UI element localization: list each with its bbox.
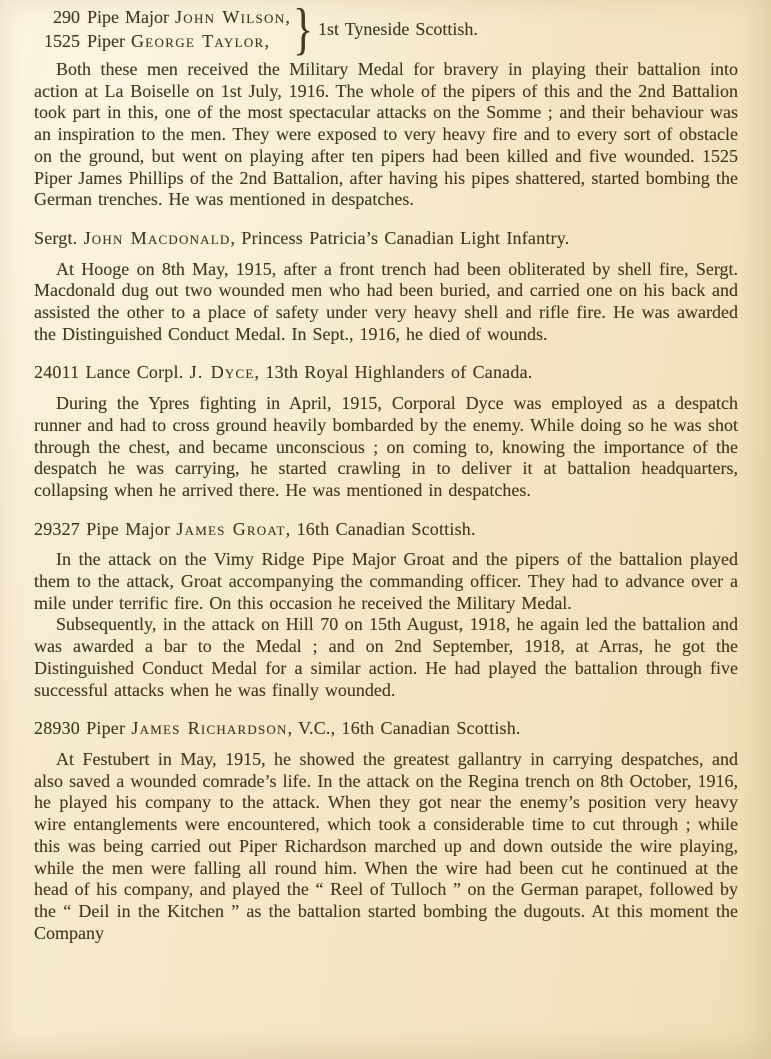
trailing-comma: ,: [285, 7, 290, 27]
section-macdonald: Sergt. John Macdonald, Princess Patricia…: [34, 228, 738, 346]
lead-entry-names: 290Pipe Major John Wilson, 1525Piper Geo…: [34, 5, 290, 53]
heading-prefix: 29327 Pipe Major: [34, 519, 170, 539]
service-number: 290: [34, 5, 80, 29]
citation-paragraph: At Festubert in May, 1915, he showed the…: [34, 749, 738, 944]
soldier-name: James Richardson: [131, 718, 287, 738]
soldier-name: John Wilson: [175, 7, 285, 27]
section-groat: 29327 Pipe Major James Groat, 16th Canad…: [34, 519, 738, 702]
entry-heading: Sergt. John Macdonald, Princess Patricia…: [34, 228, 738, 250]
book-page: 290Pipe Major John Wilson, 1525Piper Geo…: [0, 0, 771, 1059]
rank-label: Piper: [87, 31, 125, 51]
heading-suffix: , Princess Patricia’s Canadian Light Inf…: [231, 228, 570, 248]
entry-heading: 24011 Lance Corpl. J. Dyce, 13th Royal H…: [34, 362, 738, 384]
service-number: 1525: [34, 29, 80, 53]
trailing-comma: ,: [264, 31, 269, 51]
heading-suffix: , 13th Royal Highlanders of Canada.: [255, 362, 533, 382]
heading-suffix: , V.C., 16th Canadian Scottish.: [288, 718, 521, 738]
entry-heading: 28930 Piper James Richardson, V.C., 16th…: [34, 718, 738, 740]
citation-paragraph: At Hooge on 8th May, 1915, after a front…: [34, 259, 738, 346]
entry-heading: 29327 Pipe Major James Groat, 16th Canad…: [34, 519, 738, 541]
heading-suffix: , 16th Canadian Scottish.: [286, 519, 476, 539]
citation-paragraph: Subsequently, in the attack on Hill 70 o…: [34, 614, 738, 701]
brace-glyph: }: [293, 0, 313, 58]
unit-label: 1st Tyneside Scottish.: [318, 17, 478, 41]
heading-prefix: 24011 Lance Corpl.: [34, 362, 183, 382]
soldier-name: John Macdonald: [84, 228, 231, 248]
citation-paragraph: During the Ypres fighting in April, 1915…: [34, 393, 738, 502]
section-richardson: 28930 Piper James Richardson, V.C., 16th…: [34, 718, 738, 944]
entry-line-taylor: 1525Piper George Taylor,: [34, 29, 290, 53]
section-dyce: 24011 Lance Corpl. J. Dyce, 13th Royal H…: [34, 362, 738, 501]
rank-label: Pipe Major: [87, 7, 169, 27]
section-tyneside: Both these men received the Military Med…: [34, 59, 738, 211]
citation-paragraph: Both these men received the Military Med…: [34, 59, 738, 211]
heading-prefix: 28930 Piper: [34, 718, 125, 738]
citation-paragraph: In the attack on the Vimy Ridge Pipe Maj…: [34, 549, 738, 614]
lead-entry-group: 290Pipe Major John Wilson, 1525Piper Geo…: [34, 5, 738, 53]
soldier-name: James Groat: [176, 519, 285, 539]
entry-line-wilson: 290Pipe Major John Wilson,: [34, 5, 290, 29]
soldier-name: J. Dyce: [190, 362, 255, 382]
soldier-name: George Taylor: [131, 31, 264, 51]
heading-prefix: Sergt.: [34, 228, 77, 248]
